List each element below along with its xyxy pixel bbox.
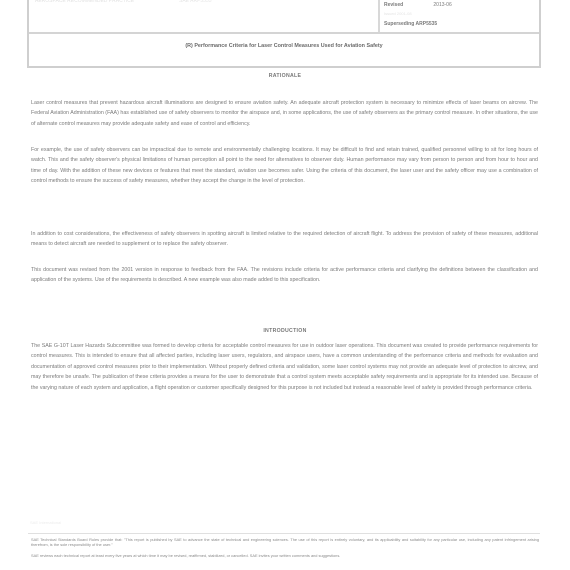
issued-row: Issued 2001-08 — [384, 11, 412, 16]
rationale-paragraph-2: For example, the use of safety observers… — [31, 145, 538, 187]
introduction-paragraph-1: The SAE G-10T Laser Hazards Subcommittee… — [31, 341, 538, 393]
document-type: AEROSPACE RECOMMENDED PRACTICE — [35, 0, 134, 4]
header-top-row: AEROSPACE RECOMMENDED PRACTICE SAE ARP55… — [29, 0, 539, 34]
superseding-label: Superseding — [384, 21, 414, 27]
rationale-paragraph-3: In addition to cost considerations, the … — [31, 229, 538, 250]
revised-row: Revised 2013-06 — [384, 2, 452, 8]
revised-value: 2013-06 — [433, 2, 451, 8]
document-title: (R) Performance Criteria for Laser Contr… — [29, 43, 539, 49]
superseding-row: Superseding ARP5535 — [384, 21, 437, 27]
superseding-value: ARP5535 — [416, 21, 438, 27]
revised-label: Revised — [384, 2, 432, 8]
header-meta-panel: Revised 2013-06 Issued 2001-08 Supersedi… — [378, 0, 543, 32]
footnote-faint-text: SAE International — [30, 520, 61, 525]
introduction-heading: INTRODUCTION — [0, 328, 570, 334]
footnote-1: SAE Technical Standards Board Rules prov… — [31, 537, 539, 547]
rationale-heading: RATIONALE — [0, 73, 570, 79]
rationale-paragraph-1: Laser control measures that prevent haza… — [31, 98, 538, 129]
rationale-paragraph-4: This document was revised from the 2001 … — [31, 265, 538, 286]
footnote-2: SAE reviews each technical report at lea… — [31, 553, 539, 558]
document-header: AEROSPACE RECOMMENDED PRACTICE SAE ARP55… — [27, 0, 541, 68]
document-page: AEROSPACE RECOMMENDED PRACTICE SAE ARP55… — [0, 0, 570, 570]
document-number: SAE ARP5535 — [179, 0, 212, 4]
footnote-divider — [28, 533, 540, 534]
